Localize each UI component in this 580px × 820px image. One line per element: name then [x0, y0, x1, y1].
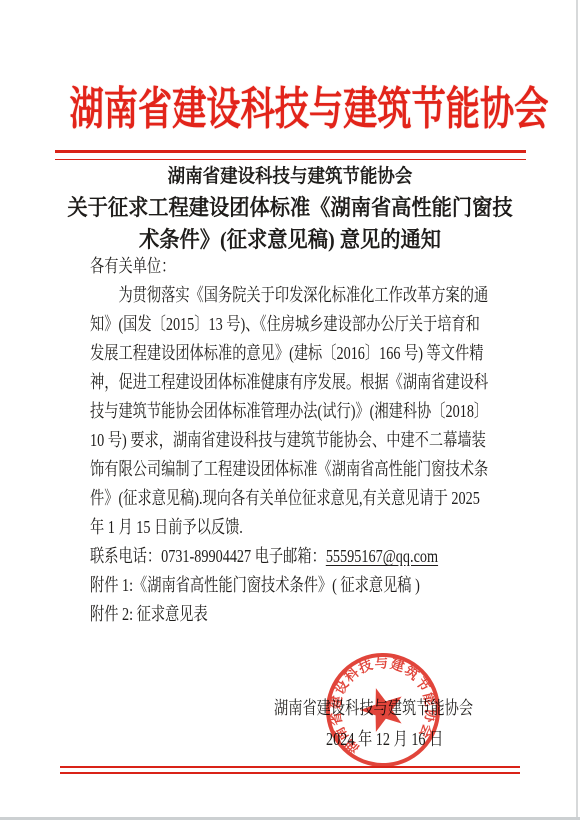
body-line: 饰有限公司编制了工程建设团体标准《湖南省高性能门窗技术条 [90, 455, 469, 484]
email-address: 55595167@qq.com [326, 546, 438, 566]
scanned-notice-page: 湖南省建设科技与建筑节能协会 湖南省建设科技与建筑节能协会 关于征求工程建设团体… [0, 0, 580, 820]
body-line: 年 1 月 15 日前予以反馈. [90, 513, 469, 542]
seal-star-icon [355, 681, 410, 734]
email-label: 电子邮箱： [255, 546, 326, 566]
notice-title-line3: 术条件》(征求意见稿) 意见的通知 [23, 223, 557, 254]
phone-number: 0731-89904427 [161, 546, 255, 566]
body-line: 发展工程建设团体标准的意见》(建标〔2016〕166 号) 等文件精 [90, 339, 469, 368]
notice-title-org-line: 湖南省建设科技与建筑节能协会 [23, 161, 557, 188]
notice-body: 各有关单位： 为贯彻落实《国务院关于印发深化标准化工作改革方案的通 知》(国发〔… [90, 252, 570, 629]
attachment-item: 附件 2: 征求意见表 [90, 600, 469, 629]
salutation: 各有关单位： [90, 252, 469, 281]
body-line: 10 号) 要求，湖南省建设科技与建筑节能协会、中建不二幕墙装 [90, 426, 469, 455]
body-line: 神，促进工程建设团体标准健康有序发展。根据《湖南省建设科 [90, 368, 469, 397]
official-red-seal: 湖南省建设科技与建筑节能协会 [317, 644, 449, 776]
letterhead-double-rule [55, 150, 526, 160]
contact-line: 联系电话：0731-89904427 电子邮箱：55595167@qq.com [90, 542, 469, 571]
scan-page-right-edge [576, 0, 578, 820]
body-line: 为贯彻落实《国务院关于印发深化标准化工作改革方案的通 [90, 281, 469, 310]
notice-title-line2: 关于征求工程建设团体标准《湖南省高性能门窗技 [23, 191, 557, 222]
body-line: 件》(征求意见稿).现向各有关单位征求意见,有关意见请于 2025 [90, 484, 469, 513]
body-line: 知》(国发〔2015〕13 号)、《住房城乡建设部办公厅关于培育和 [90, 310, 469, 339]
letterhead-org-name: 湖南省建设科技与建筑节能协会 [70, 84, 511, 134]
body-line: 技与建筑节能协会团体标准管理办法(试行)》(湘建科协〔2018〕 [90, 397, 469, 426]
footer-double-rule [60, 766, 520, 774]
attachment-item: 附件 1:《湖南省高性能门窗技术条件》( 征求意见稿 ) [90, 571, 469, 600]
phone-label: 联系电话： [90, 546, 161, 566]
